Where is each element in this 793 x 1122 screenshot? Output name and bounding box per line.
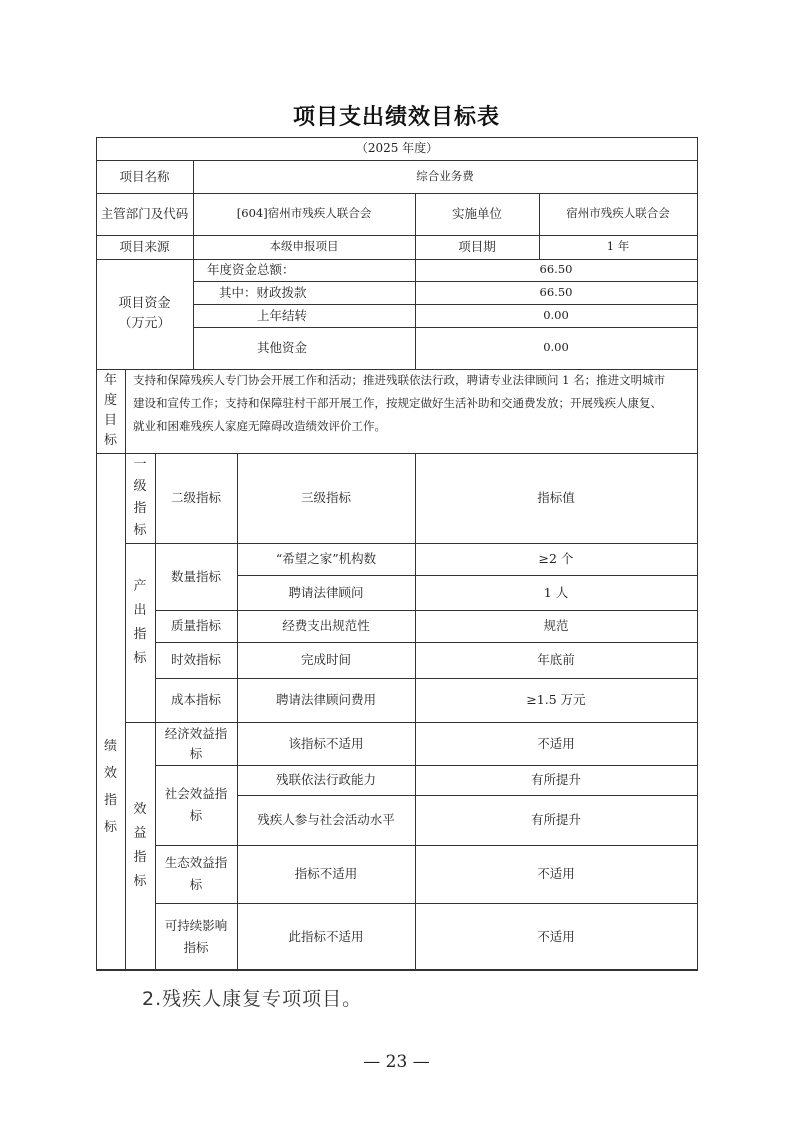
indicator-name: 此指标不适用 bbox=[237, 903, 415, 970]
indicator-value: 不适用 bbox=[415, 845, 697, 903]
indicator-name: 残疾人参与社会活动水平 bbox=[237, 795, 415, 845]
funds-other-value: 0.00 bbox=[415, 327, 697, 369]
indicator-name: 完成时间 bbox=[237, 642, 415, 678]
header-char: 指 bbox=[133, 498, 146, 520]
next-section-heading: 2.残疾人康复专项项目。 bbox=[142, 984, 362, 1011]
goal-label-char: 标 bbox=[104, 431, 117, 451]
goal-label-char: 年 bbox=[104, 371, 117, 391]
dept-value: [604]宿州市残疾人联合会 bbox=[193, 193, 415, 235]
group-label-char: 指 bbox=[104, 787, 117, 814]
goal-line: 建设和宣传工作；支持和保障驻村干部开展工作，按规定做好生活补助和交通费发放；开展… bbox=[133, 392, 662, 415]
funds-total-label: 年度资金总额： bbox=[207, 259, 415, 281]
label-line: 生态效益指 bbox=[165, 852, 228, 874]
label-line: 标 bbox=[190, 874, 203, 896]
indicator-value: 有所提升 bbox=[415, 765, 697, 795]
label-line: 标 bbox=[190, 805, 203, 827]
source-label: 项目来源 bbox=[96, 235, 193, 259]
output-label-char: 产 bbox=[133, 575, 146, 599]
project-name-label: 项目名称 bbox=[96, 160, 193, 193]
output-label-char: 指 bbox=[133, 623, 146, 647]
funds-carryover-value: 0.00 bbox=[415, 304, 697, 327]
cost-indicator-label: 成本指标 bbox=[155, 678, 237, 722]
indicator-name: “希望之家”机构数 bbox=[237, 543, 415, 575]
fiscal-year: （2025 年度） bbox=[96, 137, 698, 160]
indicator-value: 年底前 bbox=[415, 642, 697, 678]
benefit-label-char: 标 bbox=[133, 870, 146, 894]
label-line: 可持续影响 bbox=[165, 915, 228, 937]
quality-indicator-label: 质量指标 bbox=[155, 610, 237, 642]
indicator-name: 指标不适用 bbox=[237, 845, 415, 903]
indicator-name: 聘请法律顾问费用 bbox=[237, 678, 415, 722]
project-name-value: 综合业务费 bbox=[193, 160, 697, 193]
timeliness-indicator-label: 时效指标 bbox=[155, 642, 237, 678]
sustainable-indicator-label: 可持续影响 指标 bbox=[155, 903, 237, 970]
funds-carryover-label: 上年结转 bbox=[257, 304, 415, 327]
benefit-label-char: 益 bbox=[133, 822, 146, 846]
goal-line: 支持和保障残疾人专门协会开展工作和活动；推进残联依法行政，聘请专业法律顾问 1 … bbox=[133, 369, 665, 392]
page-number: — 23 — bbox=[0, 1052, 793, 1072]
benefit-label-char: 指 bbox=[133, 846, 146, 870]
indicator-name: 聘请法律顾问 bbox=[237, 575, 415, 610]
label-line: 社会效益指 bbox=[165, 783, 228, 805]
funds-label-line1: 项目资金 bbox=[118, 294, 170, 314]
indicator-name: 该指标不适用 bbox=[237, 722, 415, 765]
indicator-value: 有所提升 bbox=[415, 795, 697, 845]
funds-label-line2: （万元） bbox=[118, 314, 170, 334]
indicator-name: 经费支出规范性 bbox=[237, 610, 415, 642]
funds-total-value: 66.50 bbox=[415, 259, 697, 281]
group-label-char: 标 bbox=[104, 814, 117, 841]
annual-goal-text: 支持和保障残疾人专门协会开展工作和活动；推进残联依法行政，聘请专业法律顾问 1 … bbox=[125, 369, 697, 453]
label-line: 标 bbox=[190, 744, 203, 764]
output-label-char: 出 bbox=[133, 599, 146, 623]
indicator-value: 1 人 bbox=[415, 575, 697, 610]
indicator-value: ≥2 个 bbox=[415, 543, 697, 575]
header-char: 级 bbox=[133, 476, 146, 498]
funds-fiscal-label: 其中：财政拨款 bbox=[219, 281, 415, 304]
indicator-value: 规范 bbox=[415, 610, 697, 642]
ecological-indicator-label: 生态效益指 标 bbox=[155, 845, 237, 903]
benefit-label-char: 效 bbox=[133, 798, 146, 822]
indicator-value: ≥1.5 万元 bbox=[415, 678, 697, 722]
economic-indicator-label: 经济效益指 标 bbox=[155, 722, 237, 765]
header-char: 标 bbox=[133, 520, 146, 542]
funds-other-label: 其他资金 bbox=[257, 327, 415, 369]
funds-label: 项目资金 （万元） bbox=[96, 259, 193, 369]
label-line: 指标 bbox=[183, 937, 208, 959]
group-label-char: 效 bbox=[104, 760, 117, 787]
funds-fiscal-value: 66.50 bbox=[415, 281, 697, 304]
goal-label-char: 度 bbox=[104, 391, 117, 411]
header-level2: 二级指标 bbox=[155, 453, 237, 543]
benefit-indicators-label: 效 益 指 标 bbox=[125, 722, 155, 970]
indicator-value: 不适用 bbox=[415, 903, 697, 970]
period-value: 1 年 bbox=[539, 235, 697, 259]
output-indicators-label: 产 出 指 标 bbox=[125, 543, 155, 722]
social-indicator-label: 社会效益指 标 bbox=[155, 765, 237, 845]
impl-unit-label: 实施单位 bbox=[415, 193, 539, 235]
group-label-char: 绩 bbox=[104, 733, 117, 760]
source-value: 本级申报项目 bbox=[193, 235, 415, 259]
annual-goal-label: 年 度 目 标 bbox=[96, 369, 125, 453]
indicator-name: 残联依法行政能力 bbox=[237, 765, 415, 795]
header-level1: 一 级 指 标 bbox=[125, 453, 155, 543]
label-line: 经济效益指 bbox=[165, 724, 228, 744]
dept-label: 主管部门及代码 bbox=[98, 193, 191, 235]
goal-label-char: 目 bbox=[104, 411, 117, 431]
header-value: 指标值 bbox=[415, 453, 697, 543]
period-label: 项目期 bbox=[415, 235, 539, 259]
quantity-indicator-label: 数量指标 bbox=[155, 543, 237, 610]
goal-line: 就业和困难残疾人家庭无障碍改造绩效评价工作。 bbox=[133, 415, 386, 438]
impl-unit-value: 宿州市残疾人联合会 bbox=[539, 193, 697, 235]
header-char: 一 bbox=[133, 454, 146, 476]
header-level3: 三级指标 bbox=[237, 453, 415, 543]
performance-indicators-label: 绩 效 指 标 bbox=[96, 453, 125, 970]
table-title: 项目支出绩效目标表 bbox=[0, 100, 793, 131]
output-label-char: 标 bbox=[133, 647, 146, 671]
indicator-value: 不适用 bbox=[415, 722, 697, 765]
